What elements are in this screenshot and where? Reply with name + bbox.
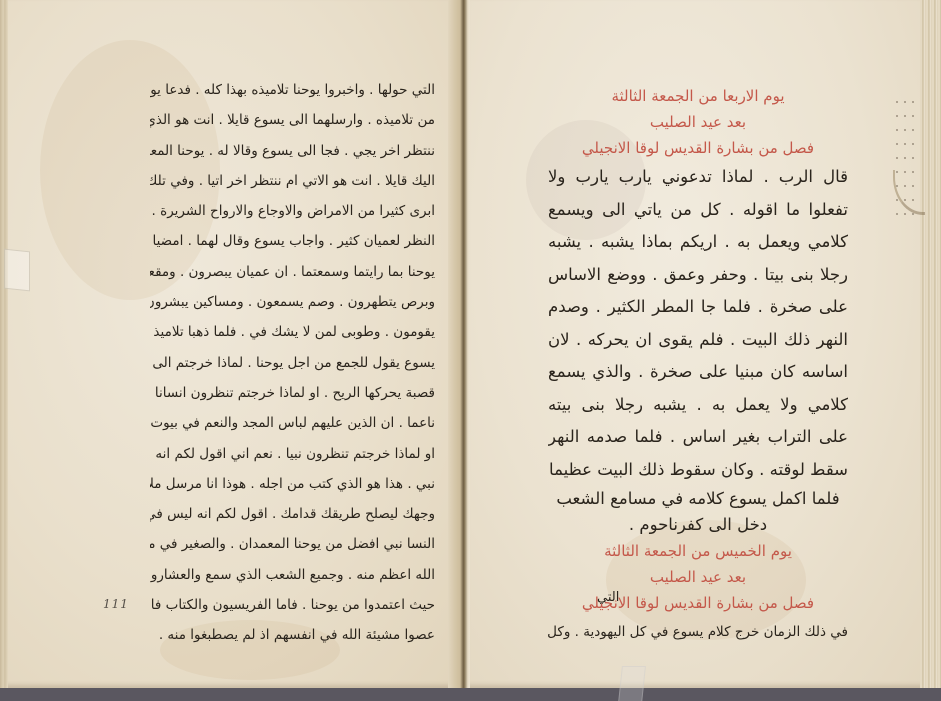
text-line: كلامي ولا يعمل به . يشبه رجلا بنى بيته: [548, 389, 848, 422]
book-gutter: [448, 0, 470, 692]
text-line: على صخرة . فلما جا المطر الكثير . وصدم: [548, 291, 848, 324]
text-line: يقومون . وطوبى لمن لا يشك في . فلما ذهبا…: [150, 317, 435, 347]
text-line: النهر ذلك البيت . فلم يقوى ان يحركه . لا…: [548, 324, 848, 357]
text-line: اليك قايلا . انت هو الاتي ام ننتظر اخر ا…: [150, 166, 435, 196]
text-line: او لماذا خرجتم تنظرون نبيا . نعم اني اقو…: [150, 439, 435, 469]
text-line: وبرص يتطهرون . وصم يسمعون . ومساكين يبشر…: [150, 287, 435, 317]
text-line: التي حولها . واخبروا يوحنا تلاميذه بهذا …: [150, 75, 435, 105]
text-line: على التراب بغير اساس . فلما صدمه النهر: [548, 421, 848, 454]
manuscript-spread: التي حولها . واخبروا يوحنا تلاميذه بهذا …: [0, 0, 941, 690]
transparent-strip: [618, 666, 646, 701]
text-line: حيث اعتمدوا من يوحنا . فاما الفريسيون وا…: [150, 590, 435, 620]
rubric-day-heading: يوم الاربعا من الجمعة الثالثة: [548, 83, 848, 109]
left-page-text: التي حولها . واخبروا يوحنا تلاميذه بهذا …: [150, 75, 435, 651]
text-line: ننتظر اخر يجي . فجا الى يسوع وقالا له . …: [150, 136, 435, 166]
scan-background: [0, 688, 941, 701]
text-line: اساسه كان مبنيا على صخرة . والذي يسمع: [548, 356, 848, 389]
text-line: يوحنا بما رايتما وسمعتما . ان عميان يبصر…: [150, 257, 435, 287]
rubric-reading-heading: فصل من بشارة القديس لوقا الانجيلي: [548, 135, 848, 161]
text-line: رجلا بنى بيتا . وحفر وعمق . ووضع الاساس: [548, 259, 848, 292]
text-line: من تلاميذه . وارسلهما الى يسوع قايلا . ا…: [150, 105, 435, 135]
folio-number: 111: [103, 597, 129, 611]
rubric-season-heading: بعد عيد الصليب: [548, 109, 848, 135]
catchword: التي: [597, 590, 619, 605]
text-line: كلامي ويعمل به . اريكم بماذا يشبه . يشبه: [548, 226, 848, 259]
text-line: يسوع يقول للجمع من اجل يوحنا . لماذا خرج…: [150, 348, 435, 378]
text-line: نبي . هذا هو الذي كتب من اجله . هوذا انا…: [150, 469, 435, 499]
text-line: النظر لعميان كثير . واجاب يسوع وقال لهما…: [150, 226, 435, 256]
text-line: سقط لوقته . وكان سقوط ذلك البيت عظيما .: [548, 454, 848, 487]
text-line: قال الرب . لماذا تدعوني يارب يارب ولا: [548, 161, 848, 194]
rubric-season-heading: بعد عيد الصليب: [548, 564, 848, 590]
text-line: تفعلوا ما اقوله . كل من ياتي الى ويسمع: [548, 194, 848, 227]
text-line: دخل الى كفرناحوم .: [548, 512, 848, 538]
left-page-edges: [0, 0, 8, 688]
text-line: قصبة يحركها الريح . او لماذا خرجتم تنظرو…: [150, 378, 435, 408]
text-line: ناعما . ان الذين عليهم لباس المجد والنعم…: [150, 408, 435, 438]
text-line: عصوا مشيئة الله في انفسهم اذ لم يصطبغوا …: [150, 620, 435, 650]
rubric-day-heading: يوم الخميس من الجمعة الثالثة: [548, 538, 848, 564]
text-line: في ذلك الزمان خرج كلام يسوع في كل اليهود…: [548, 616, 848, 649]
text-line: فلما اكمل يسوع كلامه في مسامع الشعب: [548, 486, 848, 512]
text-line: النسا نبي افضل من يوحنا المعمدان . والصغ…: [150, 529, 435, 559]
text-line: ابرى كثيرا من الامراض والاوجاع والارواح …: [150, 196, 435, 226]
text-line: الله اعظم منه . وجميع الشعب الذي سمع وال…: [150, 560, 435, 590]
paper-tab-marker: [4, 249, 30, 292]
margin-specks: [893, 95, 915, 215]
text-line: وجهك ليصلح طريقك قدامك . اقول لكم انه لي…: [150, 499, 435, 529]
right-page-edges: [920, 0, 941, 690]
right-page-text: يوم الاربعا من الجمعة الثالثة بعد عيد ال…: [548, 83, 848, 649]
rubric-reading-heading: فصل من بشارة القديس لوقا الانجيلي: [548, 590, 848, 616]
